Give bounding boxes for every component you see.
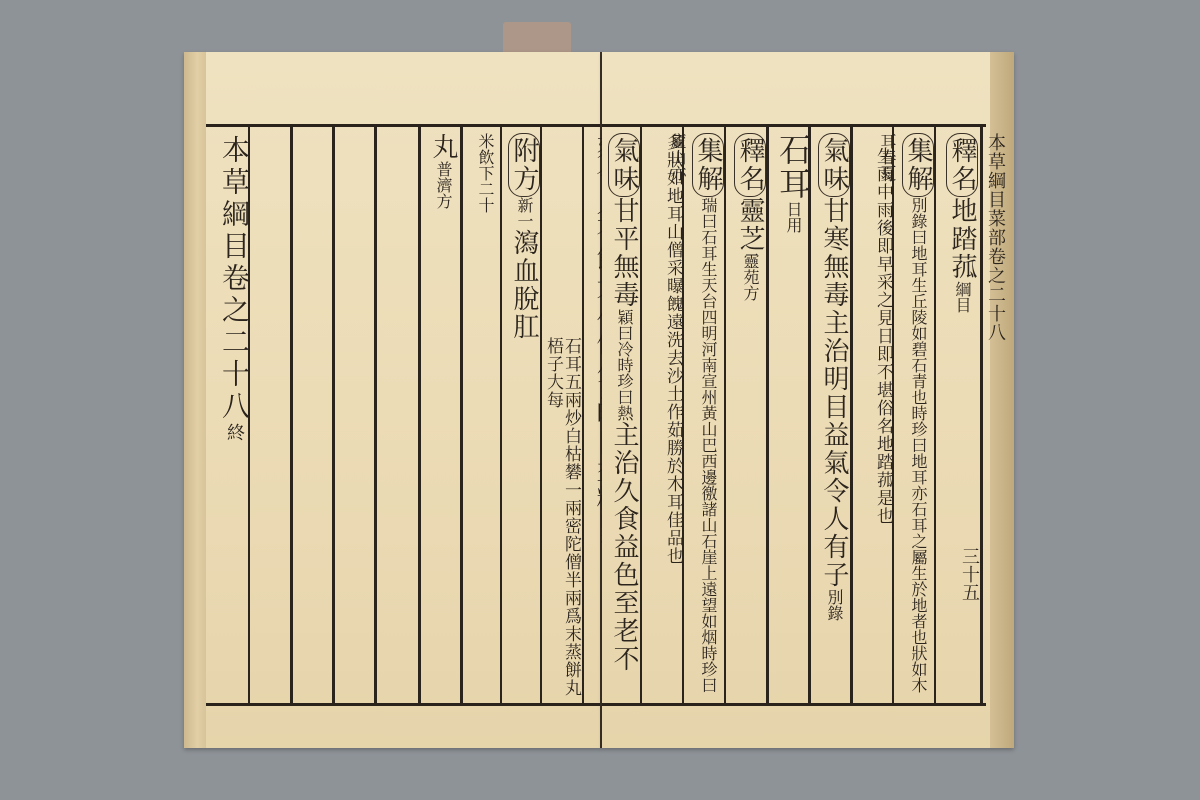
text-column-annotation: 生雨中雨後即早采之見日即不堪俗名地踏菰是也 bbox=[854, 127, 892, 703]
text-column: 丸普濟方 bbox=[422, 127, 458, 703]
column-rule bbox=[808, 127, 811, 703]
column-rule bbox=[374, 127, 377, 703]
text-column: 集解別錄曰地耳生丘陵如碧石青也時珍曰地耳亦石耳之屬生於地者也狀如木耳春夏 bbox=[896, 127, 934, 703]
right-page: 氣味甘平無毒穎曰冷時珍曰熱主治久食益色至老不 多狀如地耳山僧采曝餽遠洗去沙土作茹… bbox=[602, 52, 1014, 748]
column-rule bbox=[850, 127, 853, 703]
text-column-annotation: 多狀如地耳山僧采曝餽遠洗去沙土作茹勝於木耳佳品也 bbox=[644, 127, 682, 703]
folio-number: 三十五 bbox=[956, 547, 982, 601]
column-rule bbox=[640, 127, 642, 703]
column-rule bbox=[460, 127, 463, 703]
open-book: 本草綱目卷之二十八終 米飲下二十 附方新一瀉血脫肛 石耳五兩炒白枯礬一兩密陀僧半… bbox=[184, 52, 1014, 748]
column-rule bbox=[418, 127, 421, 703]
text-column: 附方新一瀉血脫肛 bbox=[504, 127, 540, 703]
left-page-edge bbox=[184, 52, 206, 748]
column-rule bbox=[724, 127, 726, 703]
running-title: 本草綱目菜部卷之二十八 bbox=[984, 127, 1004, 703]
column-rule bbox=[766, 127, 769, 703]
text-column: 氣味甘寒無毒主治明目益氣令人有子別錄 bbox=[812, 127, 850, 703]
text-column: 集解瑞曰石耳生天台四明河南宣州黃山巴西邊徼諸山石崖上遠望如烟時珍曰廬山亦 bbox=[686, 127, 724, 703]
text-column bbox=[468, 167, 498, 703]
column-rule bbox=[332, 127, 335, 703]
text-column: 氣味甘平無毒穎曰冷時珍曰熱主治久食益色至老不 bbox=[604, 127, 640, 703]
column-rule bbox=[290, 127, 293, 703]
left-page-frame: 本草綱目卷之二十八終 米飲下二十 附方新一瀉血脫肛 石耳五兩炒白枯礬一兩密陀僧半… bbox=[206, 124, 600, 706]
text-column: 釋名地踏菰綱目 bbox=[938, 127, 978, 703]
left-page: 本草綱目卷之二十八終 米飲下二十 附方新一瀉血脫肛 石耳五兩炒白枯礬一兩密陀僧半… bbox=[184, 52, 602, 748]
column-rule bbox=[500, 127, 502, 703]
entry-title: 石耳日用 bbox=[770, 127, 808, 703]
right-page-frame: 氣味甘平無毒穎曰冷時珍曰熱主治久食益色至老不 多狀如地耳山僧采曝餽遠洗去沙土作茹… bbox=[602, 124, 986, 706]
text-column: 釋名靈芝靈苑方 bbox=[728, 127, 766, 703]
column-rule bbox=[248, 127, 250, 703]
text-column-annotation: 石耳五兩炒白枯礬一兩密陀僧半兩爲末蒸餅丸梧子大每 bbox=[542, 127, 580, 703]
column-rule bbox=[980, 127, 983, 703]
column-rule bbox=[934, 127, 936, 703]
column-rule bbox=[582, 127, 584, 703]
